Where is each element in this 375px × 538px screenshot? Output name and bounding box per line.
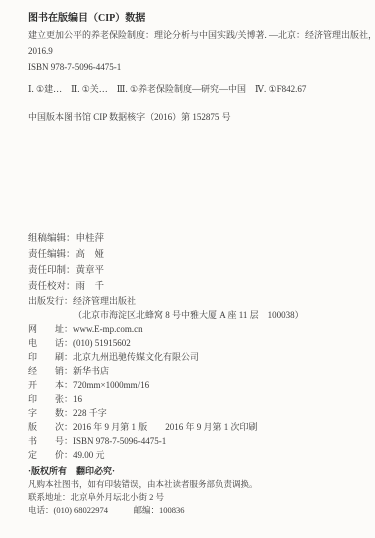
word-count-row: 字 数：228 千字 xyxy=(28,406,367,420)
publishing-label: 版 次： xyxy=(28,422,73,432)
editor-row-commissioning: 组稿编辑：申桂萍 xyxy=(28,231,367,247)
publishing-label: 电 话： xyxy=(28,338,73,348)
editor-name: 黄章平 xyxy=(76,266,105,276)
price-row: 定 价：49.00 元 xyxy=(28,448,367,462)
edition-row: 版 次：2016 年 9 月第 1 版 2016 年 9 月第 1 次印刷 xyxy=(28,420,367,434)
publishing-label: 出版发行： xyxy=(28,296,73,306)
publishing-label: 印 张： xyxy=(28,394,73,404)
copyright-page: { "cip": { "header": "图书在版编目（CIP）数据", "d… xyxy=(0,0,375,538)
distributor-row: 经 销：新华书店 xyxy=(28,364,367,378)
printer-row: 印 刷：北京九州迅驰传媒文化有限公司 xyxy=(28,350,367,364)
publishing-value: ISBN 978-7-5096-4475-1 xyxy=(73,436,166,446)
cip-record-line: 中国版本图书馆 CIP 数据核字（2016）第 152875 号 xyxy=(28,109,367,125)
phone-row: 电 话：(010) 51915602 xyxy=(28,336,367,350)
sheets-row: 印 张：16 xyxy=(28,392,367,406)
publishing-value: 16 xyxy=(73,394,82,404)
publisher-row: 出版发行：经济管理出版社 xyxy=(28,294,367,308)
isbn-line: ISBN 978-7-5096-4475-1 xyxy=(28,59,367,75)
editor-label: 责任印制： xyxy=(28,266,76,276)
book-number-row: 书 号：ISBN 978-7-5096-4475-1 xyxy=(28,434,367,448)
publishing-block: 出版发行：经济管理出版社 （北京市海淀区北蜂窝 8 号中雅大厦 A 座 11 层… xyxy=(28,294,367,462)
publishing-value: 新华书店 xyxy=(73,366,109,376)
editor-name: 高 娅 xyxy=(76,250,105,260)
publishing-label: 开 本： xyxy=(28,380,73,390)
publisher-address-row: （北京市海淀区北蜂窝 8 号中雅大厦 A 座 11 层 100038） xyxy=(28,308,367,322)
website-row: 网 址：www.E-mp.com.cn xyxy=(28,322,367,336)
editors-block: 组稿编辑：申桂萍 责任编辑：高 娅 责任印制：黄章平 责任校对：雨 千 xyxy=(28,231,367,295)
publishing-value: 228 千字 xyxy=(73,408,107,418)
classification-line: Ⅰ. ①建… Ⅱ. ①关… Ⅲ. ①养老保险制度—研究—中国 Ⅳ. ①F842.… xyxy=(28,81,367,97)
publishing-value: 49.00 元 xyxy=(73,450,105,460)
contact-address-line: 联系地址：北京阜外月坛北小街 2 号 xyxy=(28,491,367,504)
editor-row-responsible: 责任编辑：高 娅 xyxy=(28,247,367,263)
publishing-label: 字 数： xyxy=(28,408,73,418)
editor-label: 责任校对： xyxy=(28,282,76,292)
publishing-label: 经 销： xyxy=(28,366,73,376)
cip-block: 图书在版编目（CIP）数据 建立更加公平的养老保险制度：理论分析与中国实践/关博… xyxy=(28,11,367,125)
publishing-value: 2016 年 9 月第 1 版 2016 年 9 月第 1 次印刷 xyxy=(73,422,258,432)
copyright-notice-block: ·版权所有 翻印必究· 凡购本社图书，如有印装错误，由本社读者服务部负责调换。 … xyxy=(28,464,367,517)
copyright-notice-header: ·版权所有 翻印必究· xyxy=(28,464,367,478)
format-row: 开 本：720mm×1000mm/16 xyxy=(28,378,367,392)
publishing-label: 定 价： xyxy=(28,450,73,460)
publishing-value: 720mm×1000mm/16 xyxy=(73,380,149,390)
editor-row-printing: 责任印制：黄章平 xyxy=(28,263,367,279)
book-description-line-1: 建立更加公平的养老保险制度：理论分析与中国实践/关博著. —北京：经济管理出版社… xyxy=(28,27,367,43)
publishing-value: www.E-mp.com.cn xyxy=(73,324,143,334)
editor-name: 雨 千 xyxy=(76,282,105,292)
book-description-line-2: 2016.9 xyxy=(28,43,367,59)
publishing-value: 北京九州迅驰传媒文化有限公司 xyxy=(73,352,199,362)
editor-name: 申桂萍 xyxy=(76,234,105,244)
publishing-label: 网 址： xyxy=(28,324,73,334)
cip-header: 图书在版编目（CIP）数据 xyxy=(28,11,367,27)
editor-row-proofreading: 责任校对：雨 千 xyxy=(28,279,367,295)
editor-label: 责任编辑： xyxy=(28,250,76,260)
publishing-value: 经济管理出版社 xyxy=(73,296,136,306)
contact-phone-line: 电话：(010) 68022974 邮编：100836 xyxy=(28,504,367,517)
publishing-value: (010) 51915602 xyxy=(73,338,131,348)
publishing-label: 印 刷： xyxy=(28,352,73,362)
publisher-address: （北京市海淀区北蜂窝 8 号中雅大厦 A 座 11 层 100038） xyxy=(73,310,304,320)
exchange-policy-line: 凡购本社图书，如有印装错误，由本社读者服务部负责调换。 xyxy=(28,478,367,491)
editor-label: 组稿编辑： xyxy=(28,234,76,244)
publishing-label: 书 号： xyxy=(28,436,73,446)
